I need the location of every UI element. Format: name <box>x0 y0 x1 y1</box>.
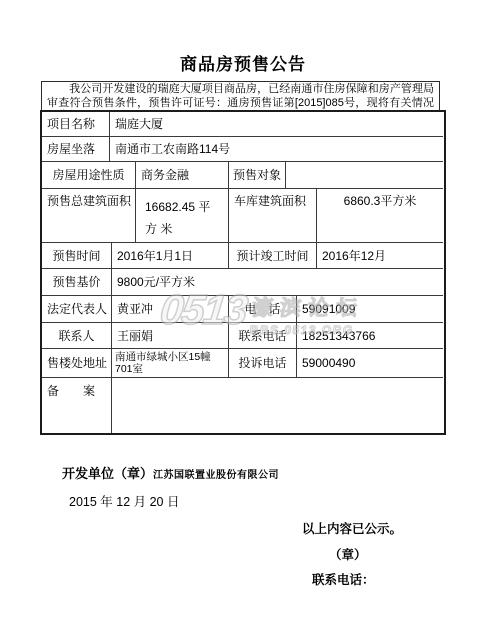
phone-value: 59091009 <box>297 296 443 323</box>
sales-office-value: 南通市绿城小区15幢701室 <box>112 349 229 378</box>
total-area-label: 预售总建筑面积 <box>42 189 136 243</box>
usage-value: 商务金融 <box>136 162 229 189</box>
table-row: 售楼处地址 南通市绿城小区15幢701室 投诉电话 59000490 <box>42 349 444 378</box>
presale-info-table: 项目名称 瑞庭大厦 房屋坐落 南通市工农南路114号 房屋用途性质 商务金融 预… <box>40 110 446 435</box>
page-title: 商品房预售公告 <box>0 50 486 75</box>
table-row: 联系人 王丽娟 联系电话 18251343766 <box>42 323 444 349</box>
table-row: 房屋用途性质 商务金融 预售对象 <box>42 162 444 189</box>
developer-name: 江苏国联置业股份有限公司 <box>153 470 279 481</box>
table-row: 法定代表人 黄亚冲 电 话 59091009 <box>42 296 444 323</box>
project-name-value: 瑞庭大厦 <box>110 112 443 137</box>
project-name-label: 项目名称 <box>42 112 110 137</box>
table-row: 预售基价 9800元/平方米 <box>42 269 444 296</box>
announcement-page: 商品房预售公告 我公司开发建设的瑞庭大厦项目商品房，已经南通市住房保障和房产管理… <box>0 0 486 636</box>
table-row: 预售总建筑面积 16682.45 平 方 米 车库建筑面积 6860.3平方米 <box>42 189 444 243</box>
seal-placeholder: （章） <box>329 545 367 563</box>
garage-area-value: 6860.3平方米 <box>317 189 443 243</box>
record-label: 备 案 <box>42 378 112 433</box>
complaint-phone-value: 59000490 <box>297 349 443 378</box>
presale-time-label: 预售时间 <box>42 243 112 269</box>
table-row: 备 案 <box>42 378 444 433</box>
contact-phone-label: 联系电话 <box>229 323 297 349</box>
presale-target-label: 预售对象 <box>229 162 286 189</box>
table-row: 房屋坐落 南通市工农南路114号 <box>42 137 444 162</box>
phone-label: 电 话 <box>229 296 297 323</box>
legal-rep-label: 法定代表人 <box>42 296 112 323</box>
presale-target-value <box>286 162 443 189</box>
table-row: 预售时间 2016年1月1日 预计竣工时间 2016年12月 <box>42 243 444 269</box>
announcement-date: 2015 年 12 月 20 日 <box>69 492 179 510</box>
complaint-phone-label: 投诉电话 <box>229 349 297 378</box>
location-value: 南通市工农南路114号 <box>110 137 443 162</box>
contact-person-value: 王丽娟 <box>112 323 229 349</box>
sales-office-label: 售楼处地址 <box>42 349 112 378</box>
record-value <box>112 378 443 433</box>
developer-label: 开发单位（章） <box>62 466 153 481</box>
completion-time-label: 预计竣工时间 <box>229 243 317 269</box>
total-area-value: 16682.45 平 方 米 <box>136 189 229 243</box>
total-area-text: 16682.45 平 方 米 <box>141 194 223 240</box>
garage-area-label: 车库建筑面积 <box>229 189 317 243</box>
usage-label: 房屋用途性质 <box>42 162 136 189</box>
presale-time-value: 2016年1月1日 <box>112 243 229 269</box>
location-label: 房屋坐落 <box>42 137 110 162</box>
legal-rep-value: 黄亚冲 <box>112 296 229 323</box>
developer-line: 开发单位（章）江苏国联置业股份有限公司 <box>62 463 279 482</box>
contact-person-label: 联系人 <box>42 323 112 349</box>
publicity-note: 以上内容已公示。 <box>302 519 402 537</box>
base-price-label: 预售基价 <box>42 269 112 296</box>
table-row: 项目名称 瑞庭大厦 <box>42 112 444 137</box>
base-price-value: 9800元/平方米 <box>112 269 443 296</box>
footer-contact-label: 联系电话： <box>312 570 375 588</box>
contact-phone-value: 18251343766 <box>297 323 443 349</box>
completion-time-value: 2016年12月 <box>317 243 443 269</box>
